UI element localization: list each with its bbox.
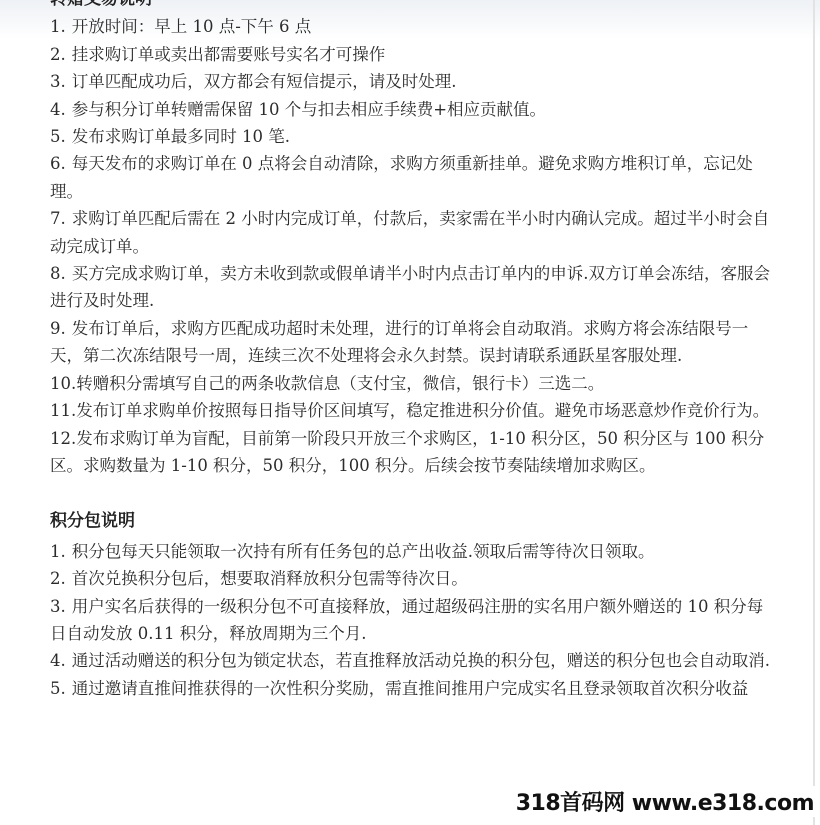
section-heading-transfer: 转赠交易说明: [50, 0, 775, 13]
list-item: 3.订单匹配成功后，双方都会有短信提示，请及时处理.: [50, 68, 775, 95]
list-item: 6.每天发布的求购订单在 0 点将会自动清除，求购方须重新挂单。避免求购方堆积订…: [50, 150, 775, 205]
list-item: 11.发布订单求购单价按照每日指导价区间填写，稳定推进积分价值。避免市场恶意炒作…: [50, 397, 775, 424]
list-item: 10.转赠积分需填写自己的两条收款信息（支付宝，微信，银行卡）三选二。: [50, 370, 775, 397]
list-item: 12.发布求购订单为盲配，目前第一阶段只开放三个求购区，1-10 积分区，50 …: [50, 425, 775, 480]
list-item: 5.发布求购订单最多同时 10 笔.: [50, 123, 775, 150]
site-watermark: 318首码网 www.e318.com: [514, 786, 816, 817]
document-body: 转赠交易说明 1.开放时间：早上 10 点-下午 6 点 2.挂求购订单或卖出都…: [50, 0, 775, 702]
list-item: 1.积分包每天只能领取一次持有所有任务包的总产出收益.领取后需等待次日领取。: [50, 538, 775, 565]
list-item: 8.买方完成求购订单，卖方未收到款或假单请半小时内点击订单内的申诉.双方订单会冻…: [50, 260, 775, 315]
list-item: 5.通过邀请直推间推获得的一次性积分奖励，需直推间推用户完成实名且登录领取首次积…: [50, 675, 775, 702]
page-edge: [813, 0, 815, 825]
transfer-rules-list: 1.开放时间：早上 10 点-下午 6 点 2.挂求购订单或卖出都需要账号实名才…: [50, 13, 775, 479]
list-item: 4.参与积分订单转赠需保留 10 个与扣去相应手续费+相应贡献值。: [50, 96, 775, 123]
list-item: 4.通过活动赠送的积分包为锁定状态，若直推释放活动兑换的积分包，赠送的积分包也会…: [50, 647, 775, 674]
section-heading-points-package: 积分包说明: [50, 508, 775, 535]
list-item: 3.用户实名后获得的一级积分包不可直接释放，通过超级码注册的实名用户额外赠送的 …: [50, 593, 775, 648]
list-item: 7.求购订单匹配后需在 2 小时内完成订单，付款后，卖家需在半小时内确认完成。超…: [50, 205, 775, 260]
list-item: 1.开放时间：早上 10 点-下午 6 点: [50, 13, 775, 40]
list-item: 9.发布订单后，求购方匹配成功超时未处理，进行的订单将会自动取消。求购方将会冻结…: [50, 315, 775, 370]
list-item: 2.首次兑换积分包后，想要取消释放积分包需等待次日。: [50, 565, 775, 592]
points-package-section: 积分包说明 1.积分包每天只能领取一次持有所有任务包的总产出收益.领取后需等待次…: [50, 508, 775, 702]
list-item: 2.挂求购订单或卖出都需要账号实名才可操作: [50, 41, 775, 68]
